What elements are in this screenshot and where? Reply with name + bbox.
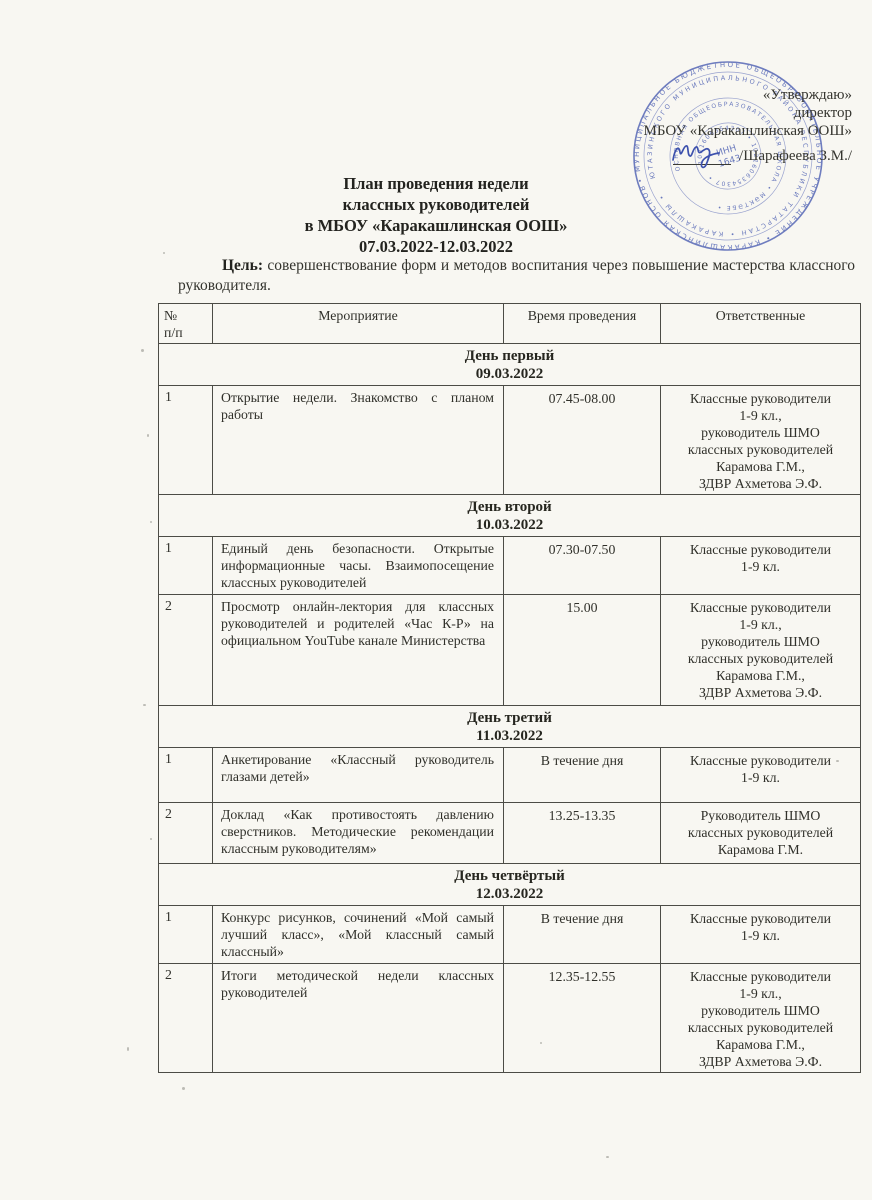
row-number-cell: 1 [159, 537, 213, 595]
day-banner: День четвёртый 12.03.2022 [159, 864, 861, 906]
table-row: 1 Анкетирование «Классный руководитель г… [159, 748, 861, 803]
table-row: 2 Просмотр онлайн-лектория для классных … [159, 595, 861, 706]
table-row: 1 Конкурс рисунков, сочинений «Мой самый… [159, 906, 861, 964]
table-row: 2 Доклад «Как противостоять давлению све… [159, 803, 861, 864]
time-cell: В течение дня [504, 906, 661, 964]
scan-speck [143, 704, 146, 706]
goal-label: Цель: [222, 257, 263, 274]
approval-block: «Утверждаю» директор МБОУ «Каракашлинска… [644, 86, 852, 165]
responsible-cell: Классные руководители 1-9 кл., руководит… [661, 964, 861, 1073]
header-responsible: Ответственные [661, 304, 861, 344]
table-header-row: № п/п Мероприятие Время проведения Ответ… [159, 304, 861, 344]
signature-scribble-icon [669, 138, 731, 168]
director-signature [673, 142, 731, 165]
goal-paragraph: Цель: совершенствование форм и методов в… [178, 256, 855, 296]
day-banner-row: День третий 11.03.2022 [159, 706, 861, 748]
title-line-1: План проведения недели [0, 173, 872, 194]
day-title: День четвёртый [163, 867, 856, 885]
day-banner-row: День четвёртый 12.03.2022 [159, 864, 861, 906]
day-title: День первый [163, 347, 856, 365]
scan-speck [150, 838, 152, 840]
event-cell: Просмотр онлайн-лектория для классных ру… [213, 595, 504, 706]
scan-speck [606, 1156, 609, 1158]
responsible-cell: Классные руководители 1-9 кл. [661, 748, 861, 803]
day-banner: День первый 09.03.2022 [159, 344, 861, 386]
director-name: /Шарафеева З.М./ [739, 147, 852, 165]
time-cell: 12.35-12.55 [504, 964, 661, 1073]
day-banner-row: День второй 10.03.2022 [159, 495, 861, 537]
scan-speck [540, 1042, 542, 1044]
row-number-cell: 1 [159, 386, 213, 495]
day-banner: День третий 11.03.2022 [159, 706, 861, 748]
day-date: 09.03.2022 [163, 365, 856, 383]
goal-text: совершенствование форм и методов воспита… [178, 257, 855, 294]
responsible-cell: Классные руководители 1-9 кл. [661, 537, 861, 595]
event-cell: Доклад «Как противостоять давлению сверс… [213, 803, 504, 864]
table-row: 1 Открытие недели. Знакомство с планом р… [159, 386, 861, 495]
day-date: 11.03.2022 [163, 727, 856, 745]
responsible-cell: Классные руководители 1-9 кл. [661, 906, 861, 964]
responsible-cell: Классные руководители 1-9 кл., руководит… [661, 595, 861, 706]
header-event: Мероприятие [213, 304, 504, 344]
scan-speck [127, 1047, 129, 1051]
header-time: Время проведения [504, 304, 661, 344]
title-line-3: в МБОУ «Каракашлинская ООШ» [0, 215, 872, 236]
scan-speck [141, 349, 144, 352]
event-cell: Открытие недели. Знакомство с планом раб… [213, 386, 504, 495]
title-line-2: классных руководителей [0, 194, 872, 215]
time-cell: 15.00 [504, 595, 661, 706]
scan-speck [182, 1087, 185, 1090]
event-cell: Итоги методической недели классных руков… [213, 964, 504, 1073]
scanned-document-page: • МУНИЦИПАЛЬНОЕ БЮДЖЕТНОЕ ОБЩЕОБРАЗОВАТЕ… [0, 0, 872, 1200]
scan-speck [150, 521, 152, 523]
row-number-cell: 1 [159, 748, 213, 803]
document-title: План проведения недели классных руководи… [0, 173, 872, 257]
time-cell: 13.25-13.35 [504, 803, 661, 864]
week-plan-table: № п/п Мероприятие Время проведения Ответ… [158, 303, 861, 1073]
row-number-cell: 2 [159, 595, 213, 706]
event-cell: Единый день безопасности. Открытые инфор… [213, 537, 504, 595]
approval-quote: «Утверждаю» [644, 86, 852, 104]
time-cell: В течение дня [504, 748, 661, 803]
day-banner: День второй 10.03.2022 [159, 495, 861, 537]
time-cell: 07.45-08.00 [504, 386, 661, 495]
title-line-4: 07.03.2022-12.03.2022 [0, 236, 872, 257]
event-cell: Анкетирование «Классный руководитель гла… [213, 748, 504, 803]
row-number-cell: 2 [159, 803, 213, 864]
row-number-cell: 1 [159, 906, 213, 964]
day-title: День третий [163, 709, 856, 727]
scan-speck [836, 760, 839, 762]
row-number-cell: 2 [159, 964, 213, 1073]
day-banner-row: День первый 09.03.2022 [159, 344, 861, 386]
table-row: 2 Итоги методической недели классных рук… [159, 964, 861, 1073]
table-row: 1 Единый день безопасности. Открытые инф… [159, 537, 861, 595]
day-date: 10.03.2022 [163, 516, 856, 534]
header-number: № п/п [159, 304, 213, 344]
time-cell: 07.30-07.50 [504, 537, 661, 595]
scan-speck [147, 434, 149, 437]
approval-role: директор [644, 104, 852, 122]
event-cell: Конкурс рисунков, сочинений «Мой самый л… [213, 906, 504, 964]
day-date: 12.03.2022 [163, 885, 856, 903]
responsible-cell: Руководитель ШМО классных руководителей … [661, 803, 861, 864]
day-title: День второй [163, 498, 856, 516]
responsible-cell: Классные руководители 1-9 кл., руководит… [661, 386, 861, 495]
